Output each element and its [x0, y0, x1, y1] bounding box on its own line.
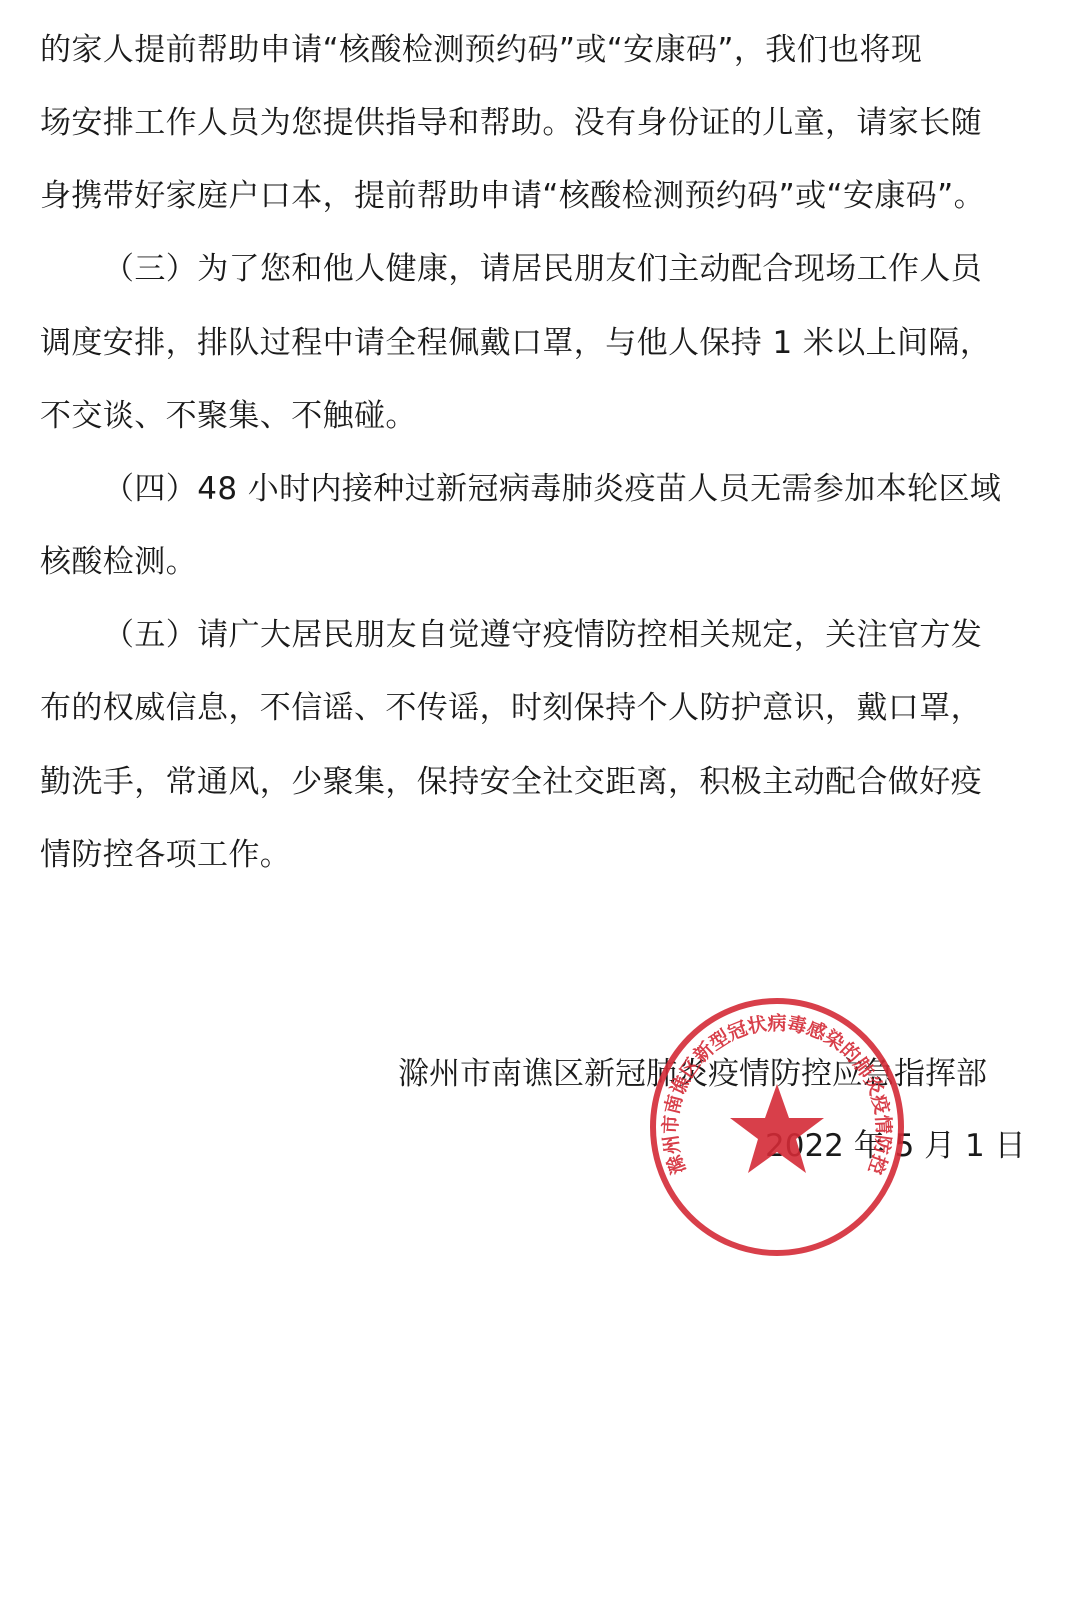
- paragraph-line: 身携带好家庭户口本，提前帮助申请“核酸检测预约码”或“安康码”。: [40, 176, 1040, 216]
- paragraph-line: 调度安排，排队过程中请全程佩戴口罩，与他人保持 1 米以上间隔，: [40, 323, 1040, 363]
- paragraph-line: （四）48 小时内接种过新冠病毒肺炎疫苗人员无需参加本轮区域: [103, 469, 1080, 509]
- star-icon: [730, 1084, 824, 1173]
- paragraph-line: 场安排工作人员为您提供指导和帮助。没有身份证的儿童，请家长随: [40, 103, 1040, 143]
- paragraph-line: 的家人提前帮助申请“核酸检测预约码”或“安康码”，我们也将现: [40, 30, 1040, 70]
- paragraph-line: （三）为了您和他人健康，请居民朋友们主动配合现场工作人员: [103, 249, 1080, 289]
- paragraph-line: （五）请广大居民朋友自觉遵守疫情防控相关规定，关注官方发: [103, 615, 1080, 655]
- paragraph-line: 不交谈、不聚集、不触碰。: [40, 396, 1040, 436]
- paragraph-line: 情防控各项工作。: [40, 835, 1040, 875]
- paragraph-line: 勤洗手，常通风，少聚集，保持安全社交距离，积极主动配合做好疫: [40, 762, 1040, 802]
- paragraph-line: 核酸检测。: [40, 542, 1040, 582]
- official-seal-stamp: 滁州市南谯区新型冠状病毒感染的肺炎疫情防控应急指挥部: [646, 996, 908, 1258]
- paragraph-line: 布的权威信息，不信谣、不传谣，时刻保持个人防护意识，戴口罩，: [40, 688, 1040, 728]
